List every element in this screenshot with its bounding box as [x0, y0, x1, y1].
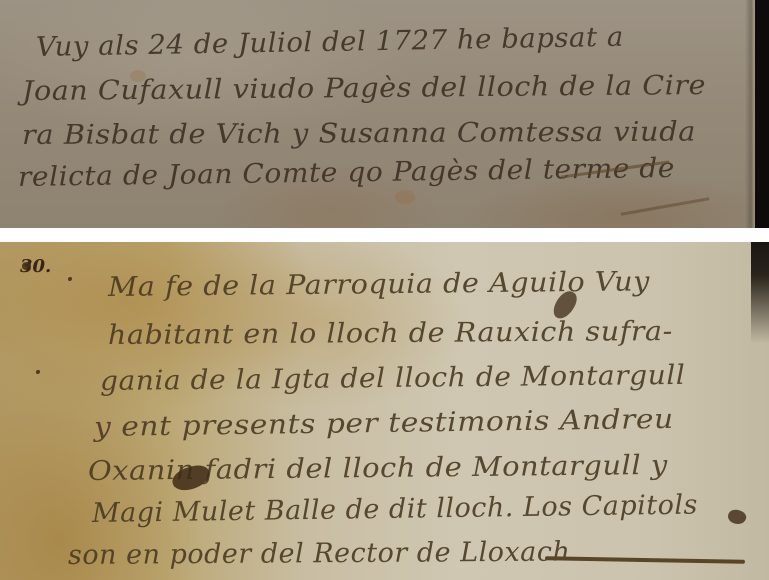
ink-blot	[726, 507, 748, 526]
manuscript-line-4: y ent presents per testimonis Andreu	[94, 404, 674, 443]
ink-dot	[36, 370, 40, 374]
manuscript-line-3: gania de la Igta del lloch de Montargull	[100, 360, 686, 397]
manuscript-line-2: habitant en lo lloch de Rauxich sufra-	[108, 316, 673, 351]
manuscript-line-3: ra Bisbat de Vich y Susanna Comtessa viu…	[22, 116, 696, 151]
manuscript-line-6: Magi Mulet Balle de dit lloch. Los Capit…	[92, 490, 698, 529]
manuscript-fragment-top: Vuy als 24 de Juliol del 1727 he bapsat …	[0, 0, 769, 228]
paper-stain	[395, 190, 415, 204]
ink-flourish	[620, 197, 709, 216]
page-background-edge	[751, 242, 769, 580]
manuscript-line-7: son en poder del Rector de Lloxach	[68, 536, 571, 571]
ink-dot	[68, 277, 72, 281]
page-edge	[745, 0, 755, 228]
manuscript-line-1: Vuy als 24 de Juliol del 1727 he bapsat …	[36, 22, 624, 63]
manuscript-line-2: Joan Cufaxull viudo Pagès del lloch de l…	[22, 70, 706, 107]
line-end-flourish	[545, 556, 745, 563]
page-background-edge	[755, 0, 769, 228]
fragment-separator	[0, 228, 769, 242]
manuscript-fragment-bottom: 30. Ma fe de la Parroquia de Aguilo Vuy …	[0, 242, 769, 580]
